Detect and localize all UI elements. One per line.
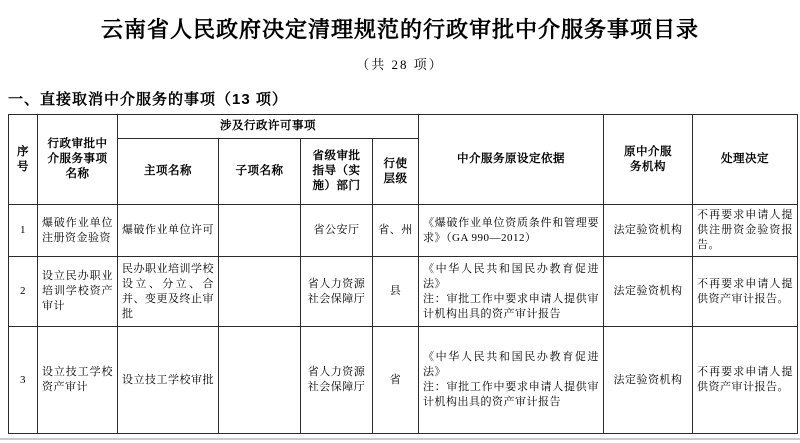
header-serial: 序号 [9,115,38,205]
header-licensing-group: 涉及行政许可事项 [118,115,419,139]
cell-main-item: 民办职业培训学校设立、分立、合并、变更及终止审批 [118,257,219,327]
header-sub-item: 子项名称 [219,139,301,205]
cell-department: 省公安厅 [301,205,373,257]
header-main-item: 主项名称 [118,139,219,205]
cell-sub-item [219,327,301,434]
cell-serial-number: 1 [9,205,38,257]
cell-sub-item [219,257,301,327]
cell-decision: 不再要求申请人提供注册资金验资报告。 [693,205,798,257]
header-original-agency: 原中介服务机构 [604,115,693,205]
cell-exercise-level: 县 [373,257,419,327]
header-original-agency-label: 原中介服务机构 [624,145,672,175]
cell-service-item-name: 设立技工学校资产审计 [38,327,118,434]
basis-note: 注：审批工作中要求申请人提供审计机构出具的资产审计报告 [423,380,599,410]
table-row: 2 设立民办职业培训学校资产审计 民办职业培训学校设立、分立、合并、变更及终止审… [9,257,798,327]
cell-original-basis: 《中华人民共和国民办教育促进法》 注：审批工作中要求申请人提供审计机构出具的资产… [419,327,604,434]
cell-service-item-name: 设立民办职业培训学校资产审计 [38,257,118,327]
cell-department: 省人力资源社会保障厅 [301,257,373,327]
cell-original-agency: 法定验资机构 [604,205,693,257]
basis-note: 注：审批工作中要求申请人提供审计机构出具的资产审计报告 [423,292,599,322]
page-bottom-edge [0,438,800,440]
header-row-top: 序号 行政审批中介服务事项名称 涉及行政许可事项 中介服务原设定依据 原中介服务… [9,115,798,139]
basis-citation: 《中华人民共和国民办教育促进法》 [423,350,599,380]
header-service-item-name: 行政审批中介服务事项名称 [38,115,118,205]
cell-serial-number: 2 [9,257,38,327]
header-department: 省级审批指导（实施）部门 [301,139,373,205]
cell-decision: 不再要求申请人提供资产审计报告。 [693,327,798,434]
cell-original-agency: 法定验资机构 [604,327,693,434]
page-title: 云南省人民政府决定清理规范的行政审批中介服务事项目录 [0,13,800,44]
table-row: 3 设立技工学校资产审计 设立技工学校审批 省人力资源社会保障厅 省 《中华人民… [9,327,798,434]
table-row: 1 爆破作业单位注册资金验资 爆破作业单位许可 省公安厅 省、州 《爆破作业单位… [9,205,798,257]
header-department-label: 省级审批指导（实施）部门 [308,149,366,194]
cell-exercise-level: 省 [373,327,419,434]
cell-main-item: 设立技工学校审批 [118,327,219,434]
cell-main-item: 爆破作业单位许可 [118,205,219,257]
table-body: 1 爆破作业单位注册资金验资 爆破作业单位许可 省公安厅 省、州 《爆破作业单位… [9,205,798,434]
cell-original-basis: 《爆破作业单位资质条件和管理要求》（GA 990—2012） [419,205,604,257]
header-exercise-level-label: 行使层级 [383,157,409,187]
cell-exercise-level: 省、州 [373,205,419,257]
basis-citation: 《中华人民共和国民办教育促进法》 [423,262,599,292]
cell-sub-item [219,205,301,257]
cell-original-basis: 《中华人民共和国民办教育促进法》 注：审批工作中要求申请人提供审计机构出具的资产… [419,257,604,327]
header-service-item-name-label: 行政审批中介服务事项名称 [46,137,110,182]
section-heading: 一、直接取消中介服务的事项（13 项） [8,88,800,109]
catalog-table: 序号 行政审批中介服务事项名称 涉及行政许可事项 中介服务原设定依据 原中介服务… [8,114,798,434]
header-original-basis: 中介服务原设定依据 [419,115,604,205]
cell-original-agency: 法定验资机构 [604,257,693,327]
cell-decision: 不再要求申请人提供资产审计报告。 [693,257,798,327]
cell-service-item-name: 爆破作业单位注册资金验资 [38,205,118,257]
table-header: 序号 行政审批中介服务事项名称 涉及行政许可事项 中介服务原设定依据 原中介服务… [9,115,798,205]
header-decision: 处理决定 [693,115,798,205]
page-subtitle: （共 28 项） [0,54,800,73]
cell-serial-number: 3 [9,327,38,434]
cell-department: 省人力资源社会保障厅 [301,327,373,434]
header-exercise-level: 行使层级 [373,139,419,205]
basis-citation: 《爆破作业单位资质条件和管理要求》（GA 990—2012） [423,216,599,246]
